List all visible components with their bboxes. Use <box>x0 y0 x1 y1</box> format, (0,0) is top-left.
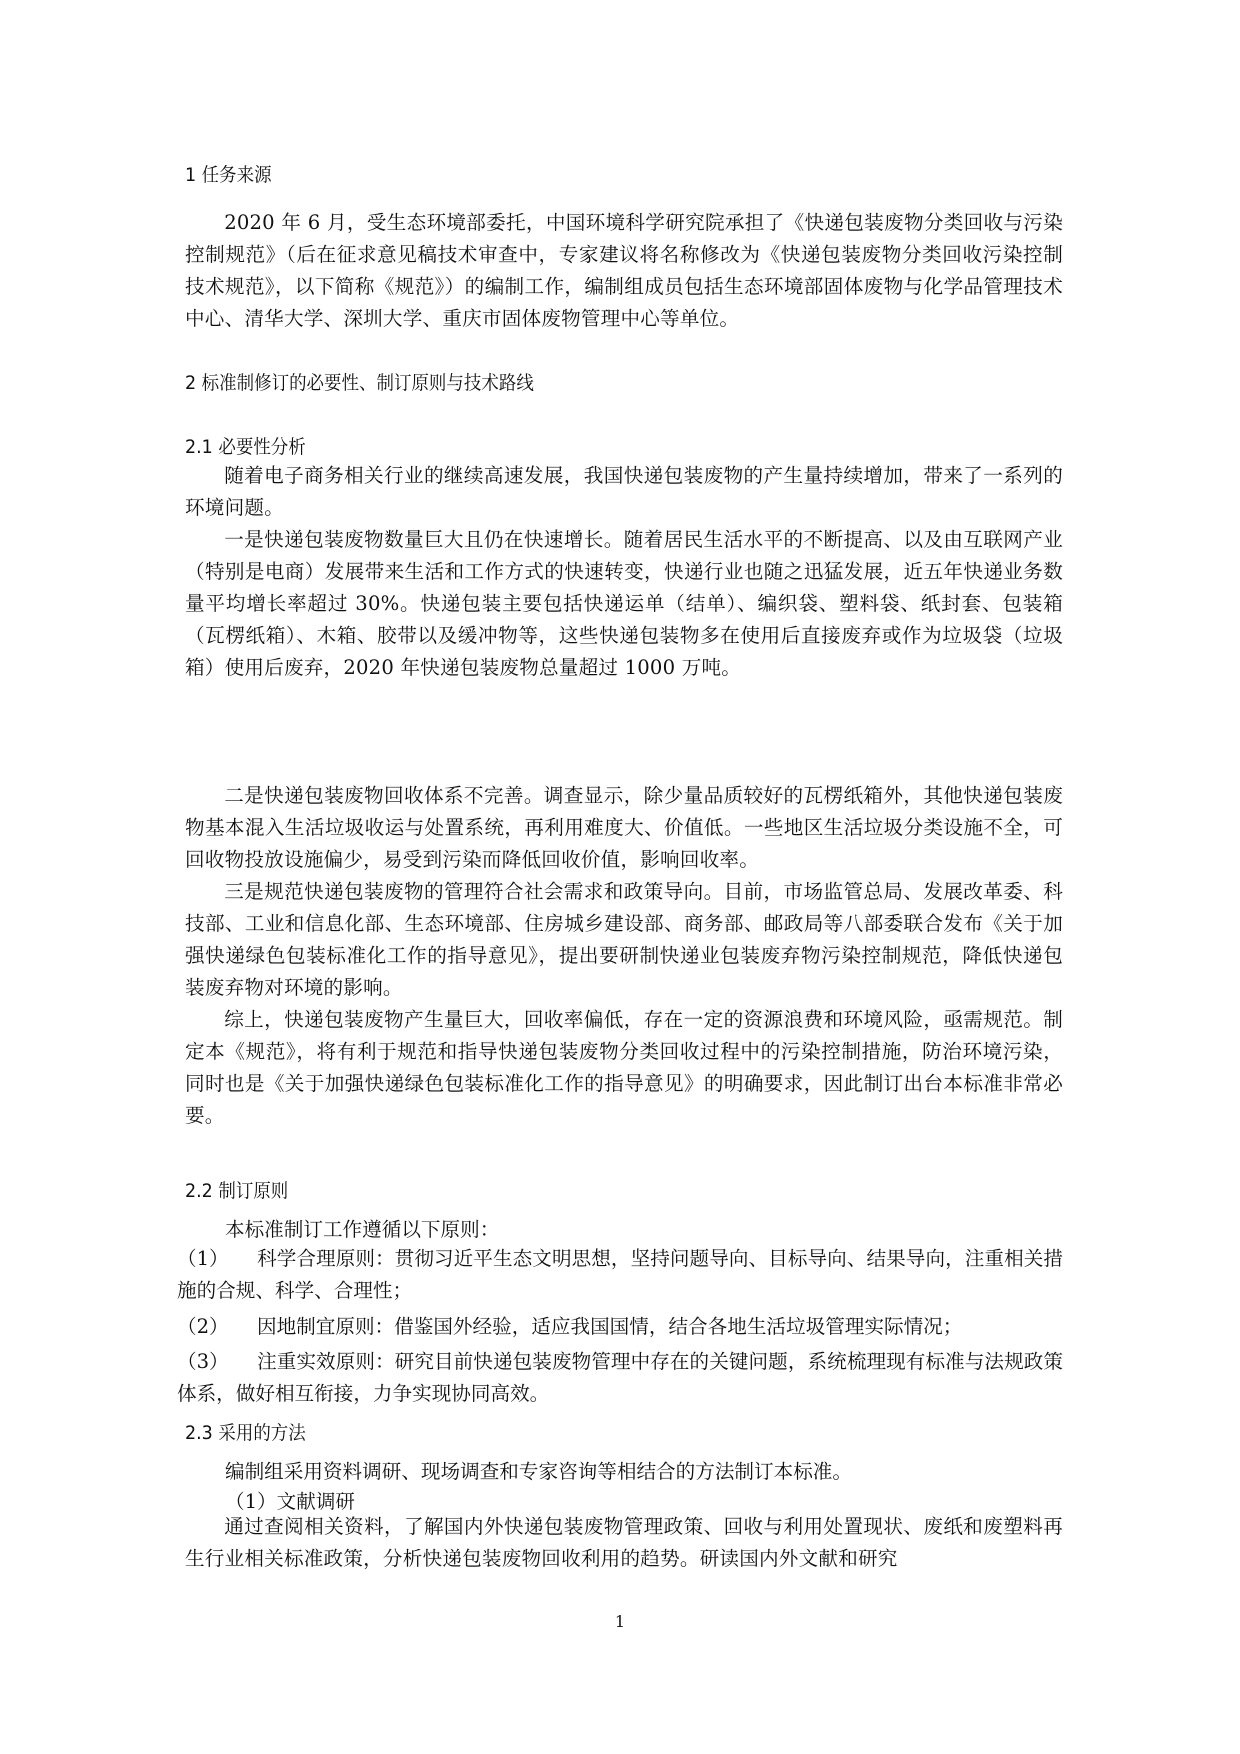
section-heading-1: 1 任务来源 <box>185 160 272 187</box>
principle-item-number: （2） <box>177 1311 257 1343</box>
subsection-heading-2-2: 2.2 制订原则 <box>185 1176 288 1203</box>
principle-item-3: （3）注重实效原则：研究目前快递包装废物管理中存在的关键问题，系统梳理现有标准与… <box>177 1346 1063 1410</box>
paragraph-summary: 综上，快递包装废物产生量巨大，回收率偏低，存在一定的资源浪费和环境风险，亟需规范… <box>185 1004 1063 1132</box>
paragraph-reason-3: 三是规范快递包装废物的管理符合社会需求和政策导向。目前，市场监管总局、发展改革委… <box>185 876 1063 1004</box>
paragraph-task-source: 2020 年 6 月，受生态环境部委托，中国环境科学研究院承担了《快递包装废物分… <box>185 207 1063 335</box>
paragraph-literature-research: 通过查阅相关资料，了解国内外快递包装废物管理政策、回收与利用处置现状、废纸和废塑… <box>185 1511 1063 1575</box>
page-number: 1 <box>0 1612 1240 1631</box>
principle-item-number: （3） <box>177 1346 257 1378</box>
methods-intro: 编制组采用资料调研、现场调查和专家咨询等相结合的方法制订本标准。 <box>225 1455 852 1484</box>
paragraph-reason-1: 一是快递包装废物数量巨大且仍在快速增长。随着居民生活水平的不断提高、以及由互联网… <box>185 524 1063 684</box>
principles-intro: 本标准制订工作遵循以下原则： <box>225 1213 499 1242</box>
subsection-heading-2-3: 2.3 采用的方法 <box>185 1418 306 1445</box>
document-page: 1 任务来源 2020 年 6 月，受生态环境部委托，中国环境科学研究院承担了《… <box>0 0 1240 1754</box>
section-heading-2: 2 标准制修订的必要性、制订原则与技术路线 <box>185 368 534 395</box>
principle-item-number: （1） <box>177 1243 257 1275</box>
paragraph-necessity-intro: 随着电子商务相关行业的继续高速发展，我国快递包装废物的产生量持续增加，带来了一系… <box>185 460 1063 524</box>
principle-item-1: （1）科学合理原则：贯彻习近平生态文明思想，坚持问题导向、目标导向、结果导向，注… <box>177 1243 1063 1307</box>
principle-item-text: 科学合理原则：贯彻习近平生态文明思想，坚持问题导向、目标导向、结果导向，注重相关… <box>177 1247 1063 1302</box>
principle-item-text: 注重实效原则：研究目前快递包装废物管理中存在的关键问题，系统梳理现有标准与法规政… <box>177 1350 1063 1405</box>
principle-item-text: 因地制宜原则：借鉴国外经验，适应我国国情，结合各地生活垃圾管理实际情况； <box>257 1315 962 1338</box>
paragraph-reason-2: 二是快递包装废物回收体系不完善。调查显示，除少量品质较好的瓦楞纸箱外，其他快递包… <box>185 780 1063 876</box>
subsection-heading-2-1: 2.1 必要性分析 <box>185 432 306 459</box>
principle-item-2: （2）因地制宜原则：借鉴国外经验，适应我国国情，结合各地生活垃圾管理实际情况； <box>177 1311 1063 1343</box>
method-sub-heading-literature: （1）文献调研 <box>225 1485 355 1514</box>
